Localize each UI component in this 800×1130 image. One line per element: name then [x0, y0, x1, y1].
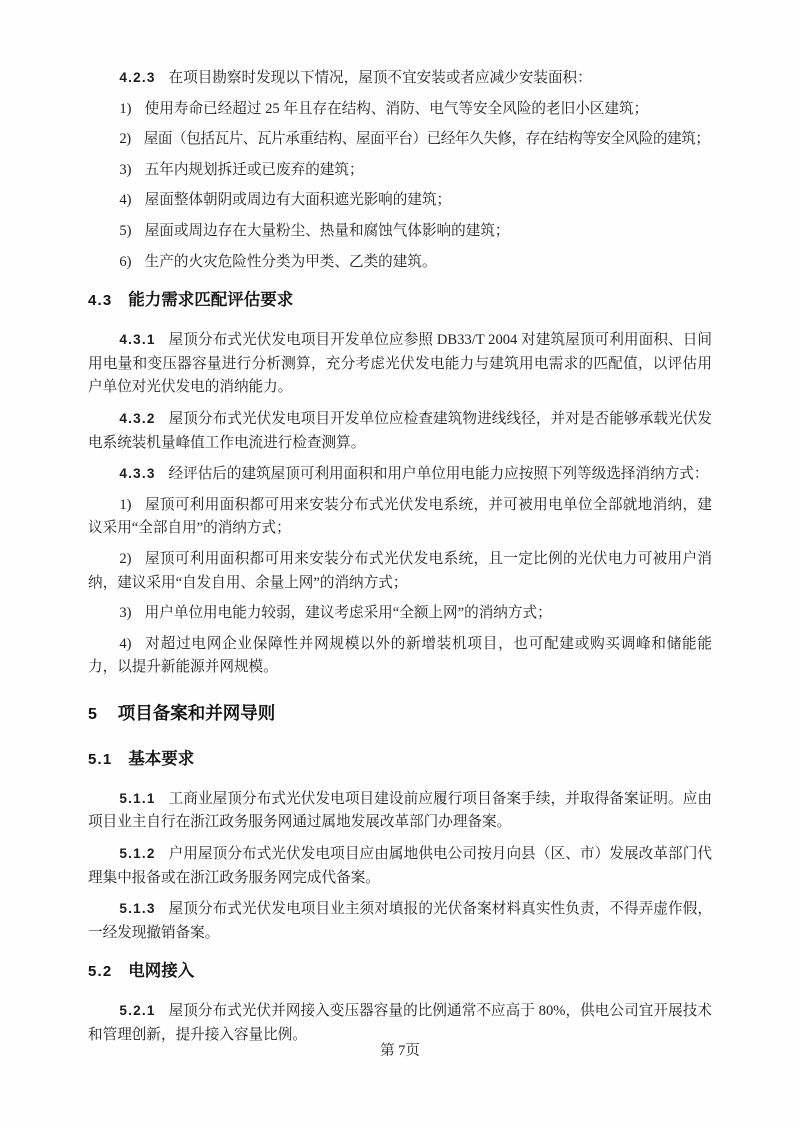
section-heading-5-2: 5.2电网接入	[88, 959, 712, 984]
clause-5-1-1: 5.1.1工商业屋顶分布式光伏发电项目建设前应履行项目备案手续，并取得备案证明。…	[88, 787, 712, 835]
clause-number: 5.2.1	[119, 1003, 155, 1018]
clause-number: 4.3.1	[119, 332, 155, 347]
list-item-3: 3)五年内规划拆迁或已废弃的建筑；	[88, 159, 712, 183]
section-number: 5.2	[88, 963, 112, 980]
list-item-number: 2)	[119, 551, 131, 567]
chapter-number: 5	[88, 706, 97, 723]
list-item-number: 4)	[119, 636, 131, 652]
section-number: 5.1	[88, 751, 112, 768]
list-item-text: 对超过电网企业保障性并网规模以外的新增装机项目，也可配建或购买调峰和储能能力，以…	[88, 636, 712, 676]
clause-4-2-3: 4.2.3在项目勘察时发现以下情况，屋顶不宜安装或者应减少安装面积：	[88, 66, 712, 91]
list-item-text: 屋顶可利用面积都可用来安装分布式光伏发电系统，并可被用电单位全部就地消纳，建议采…	[88, 497, 712, 537]
list-item-text: 用户单位用电能力较弱，建议考虑采用“全额上网”的消纳方式；	[145, 605, 552, 621]
section-heading-4-3: 4.3能力需求匹配评估要求	[88, 288, 712, 313]
list-item-number: 6)	[119, 254, 131, 270]
clause-text: 经评估后的建筑屋顶可利用面积和用户单位用电能力应按照下列等级选择消纳方式：	[169, 466, 709, 482]
list-item-1: 1)使用寿命已经超过 25 年且存在结构、消防、电气等安全风险的老旧小区建筑；	[88, 98, 712, 122]
clause-number: 4.2.3	[119, 70, 155, 85]
section-heading-5-1: 5.1基本要求	[88, 747, 712, 772]
section-number: 4.3	[88, 292, 112, 309]
clause-5-1-2: 5.1.2户用屋顶分布式光伏发电项目应由属地供电公司按月向县（区、市）发展改革部…	[88, 842, 712, 890]
list-item-4: 4)对超过电网企业保障性并网规模以外的新增装机项目，也可配建或购买调峰和储能能力…	[88, 633, 712, 680]
clause-text: 户用屋顶分布式光伏发电项目应由属地供电公司按月向县（区、市）发展改革部门代理集中…	[88, 846, 712, 886]
list-item-6: 6)生产的火灾危险性分类为甲类、乙类的建筑。	[88, 251, 712, 275]
chapter-title: 项目备案和并网导则	[118, 703, 276, 723]
clause-text: 屋顶分布式光伏并网接入变压器容量的比例通常不应高于 80%，供电公司宜开展技术和…	[88, 1003, 712, 1043]
clause-number: 5.1.3	[119, 901, 155, 916]
list-item-number: 3)	[119, 162, 131, 178]
list-item-3: 3)用户单位用电能力较弱，建议考虑采用“全额上网”的消纳方式；	[88, 602, 712, 626]
list-item-5: 5)屋面或周边存在大量粉尘、热量和腐蚀气体影响的建筑；	[88, 220, 712, 244]
clause-4-3-3: 4.3.3经评估后的建筑屋顶可利用面积和用户单位用电能力应按照下列等级选择消纳方…	[88, 462, 712, 487]
list-item-text: 使用寿命已经超过 25 年且存在结构、消防、电气等安全风险的老旧小区建筑；	[145, 101, 649, 117]
list-item-text: 五年内规划拆迁或已废弃的建筑；	[145, 162, 364, 178]
list-item-2: 2)屋顶可利用面积都可用来安装分布式光伏发电系统，且一定比例的光伏电力可被用户消…	[88, 548, 712, 595]
clause-text: 屋顶分布式光伏发电项目开发单位应检查建筑物进线线径，并对是否能够承载光伏发电系统…	[88, 411, 712, 451]
list-item-number: 4)	[119, 192, 131, 208]
list-item-number: 1)	[119, 497, 131, 513]
document-page: 4.2.3在项目勘察时发现以下情况，屋顶不宜安装或者应减少安装面积： 1)使用寿…	[0, 0, 800, 1130]
clause-4-3-2: 4.3.2屋顶分布式光伏发电项目开发单位应检查建筑物进线线径，并对是否能够承载光…	[88, 407, 712, 455]
list-item-number: 2)	[119, 131, 130, 147]
list-item-text: 屋面整体朝阴或周边有大面积遮光影响的建筑；	[145, 192, 451, 208]
clause-text: 屋顶分布式光伏发电项目业主须对填报的光伏备案材料真实性负责，不得弄虚作假，一经发…	[88, 901, 712, 941]
list-item-text: 屋面或周边存在大量粉尘、热量和腐蚀气体影响的建筑；	[145, 223, 510, 239]
clause-number: 5.1.1	[119, 791, 155, 806]
list-item-number: 5)	[119, 223, 131, 239]
list-item-1: 1)屋顶可利用面积都可用来安装分布式光伏发电系统，并可被用电单位全部就地消纳，建…	[88, 494, 712, 541]
clause-5-1-3: 5.1.3屋顶分布式光伏发电项目业主须对填报的光伏备案材料真实性负责，不得弄虚作…	[88, 897, 712, 945]
section-title: 基本要求	[128, 750, 194, 768]
list-item-text: 屋顶可利用面积都可用来安装分布式光伏发电系统，且一定比例的光伏电力可被用户消纳，…	[88, 551, 712, 591]
list-item-number: 3)	[119, 605, 131, 621]
clause-number: 5.1.2	[119, 846, 155, 861]
clause-number: 4.3.3	[119, 466, 155, 481]
clause-text: 工商业屋顶分布式光伏发电项目建设前应履行项目备案手续，并取得备案证明。应由项目业…	[88, 791, 712, 831]
clause-text: 在项目勘察时发现以下情况，屋顶不宜安装或者应减少安装面积：	[169, 70, 592, 86]
list-item-4: 4)屋面整体朝阴或周边有大面积遮光影响的建筑；	[88, 189, 712, 213]
chapter-heading-5: 5项目备案和并网导则	[88, 701, 712, 727]
page-number: 第 7页	[0, 1041, 800, 1061]
list-item-2: 2)屋面（包括瓦片、瓦片承重结构、屋面平台）已经年久失修，存在结构等安全风险的建…	[88, 128, 712, 152]
clause-text: 屋顶分布式光伏发电项目开发单位应参照 DB33/T 2004 对建筑屋顶可利用面…	[88, 332, 712, 395]
list-item-text: 屋面（包括瓦片、瓦片承重结构、屋面平台）已经年久失修，存在结构等安全风险的建筑；	[144, 131, 710, 147]
section-title: 能力需求匹配评估要求	[128, 291, 293, 309]
section-title: 电网接入	[128, 962, 194, 980]
list-item-number: 1)	[119, 101, 131, 117]
clause-4-3-1: 4.3.1屋顶分布式光伏发电项目开发单位应参照 DB33/T 2004 对建筑屋…	[88, 328, 712, 400]
list-item-text: 生产的火灾危险性分类为甲类、乙类的建筑。	[145, 254, 437, 270]
clause-number: 4.3.2	[119, 411, 155, 426]
